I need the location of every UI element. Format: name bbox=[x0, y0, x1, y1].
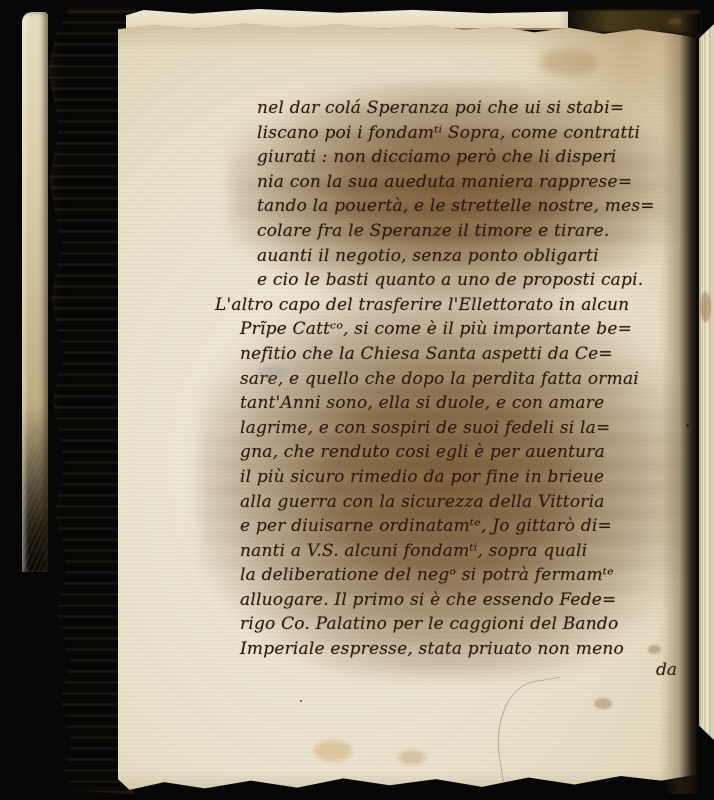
ink-speck bbox=[300, 700, 302, 702]
foxing-spot bbox=[700, 292, 711, 322]
manuscript-line: alla guerra con la sicurezza della Vitto… bbox=[215, 490, 677, 515]
manuscript-line: nefitio che la Chiesa Santa aspetti da C… bbox=[215, 342, 677, 367]
manuscript-line: tando la pouertà, e le strettelle nostre… bbox=[215, 194, 677, 219]
foxing-spot bbox=[314, 740, 352, 762]
manuscript-line: L'altro capo del trasferire l'Ellettorat… bbox=[215, 293, 677, 318]
foxing-spot bbox=[594, 698, 612, 709]
foxing-spot bbox=[648, 645, 661, 654]
manuscript-line: nanti a V.S. alcuni fondamᵗⁱ, sopra qual… bbox=[215, 539, 677, 564]
manuscript-line: e per diuisarne ordinatamᵗᵉ, Jo gittarò … bbox=[215, 514, 677, 539]
manuscript-line: nel dar colá Speranza poi che ui si stab… bbox=[215, 96, 677, 121]
manuscript-text: nel dar colá Speranza poi che ui si stab… bbox=[215, 96, 677, 662]
foxing-spot bbox=[668, 18, 682, 25]
manuscript-line: alluogare. Il primo si è che essendo Fed… bbox=[215, 588, 677, 613]
manuscript-line: la deliberatione del negᵒ si potrà ferma… bbox=[215, 563, 677, 588]
manuscript-line: Imperiale espresse, stata priuato non me… bbox=[215, 637, 677, 662]
manuscript-line: il più sicuro rimedio da por fine in bri… bbox=[215, 465, 677, 490]
manuscript-line: e cio le basti quanto a uno de proposti … bbox=[215, 268, 677, 293]
manuscript-line: rigo Co. Palatino per le caggioni del Ba… bbox=[215, 612, 677, 637]
catchword: da bbox=[215, 660, 711, 680]
manuscript-line: lagrime, e con sospiri de suoi fedeli si… bbox=[215, 416, 677, 441]
page-gutter bbox=[662, 14, 700, 794]
ink-ghost-mark bbox=[258, 366, 288, 381]
next-page-edge bbox=[699, 24, 714, 740]
foxing-spot bbox=[398, 750, 426, 765]
manuscript-line: giurati : non dicciamo però che li dispe… bbox=[215, 145, 677, 170]
manuscript-line: Prĩpe Cattᶜᵒ, si come è il più important… bbox=[215, 317, 677, 342]
manuscript-line: liscano poi i fondamᵗⁱ Sopra, come contr… bbox=[215, 121, 677, 146]
ink-speck bbox=[690, 150, 693, 153]
manuscript-line: tant'Anni sono, ella si duole, e con ama… bbox=[215, 391, 677, 416]
manuscript-line: colare fra le Speranze il timore e tirar… bbox=[215, 219, 677, 244]
manuscript-line: nia con la sua aueduta maniera rapprese= bbox=[215, 170, 677, 195]
ink-speck bbox=[686, 424, 689, 427]
stain bbox=[540, 48, 598, 76]
manuscript-line: auanti il negotio, senza ponto obligarti bbox=[215, 244, 677, 269]
manuscript-line: gna, che renduto cosi egli è per auentur… bbox=[215, 440, 677, 465]
manuscript-scan: nel dar colá Speranza poi che ui si stab… bbox=[0, 0, 714, 800]
